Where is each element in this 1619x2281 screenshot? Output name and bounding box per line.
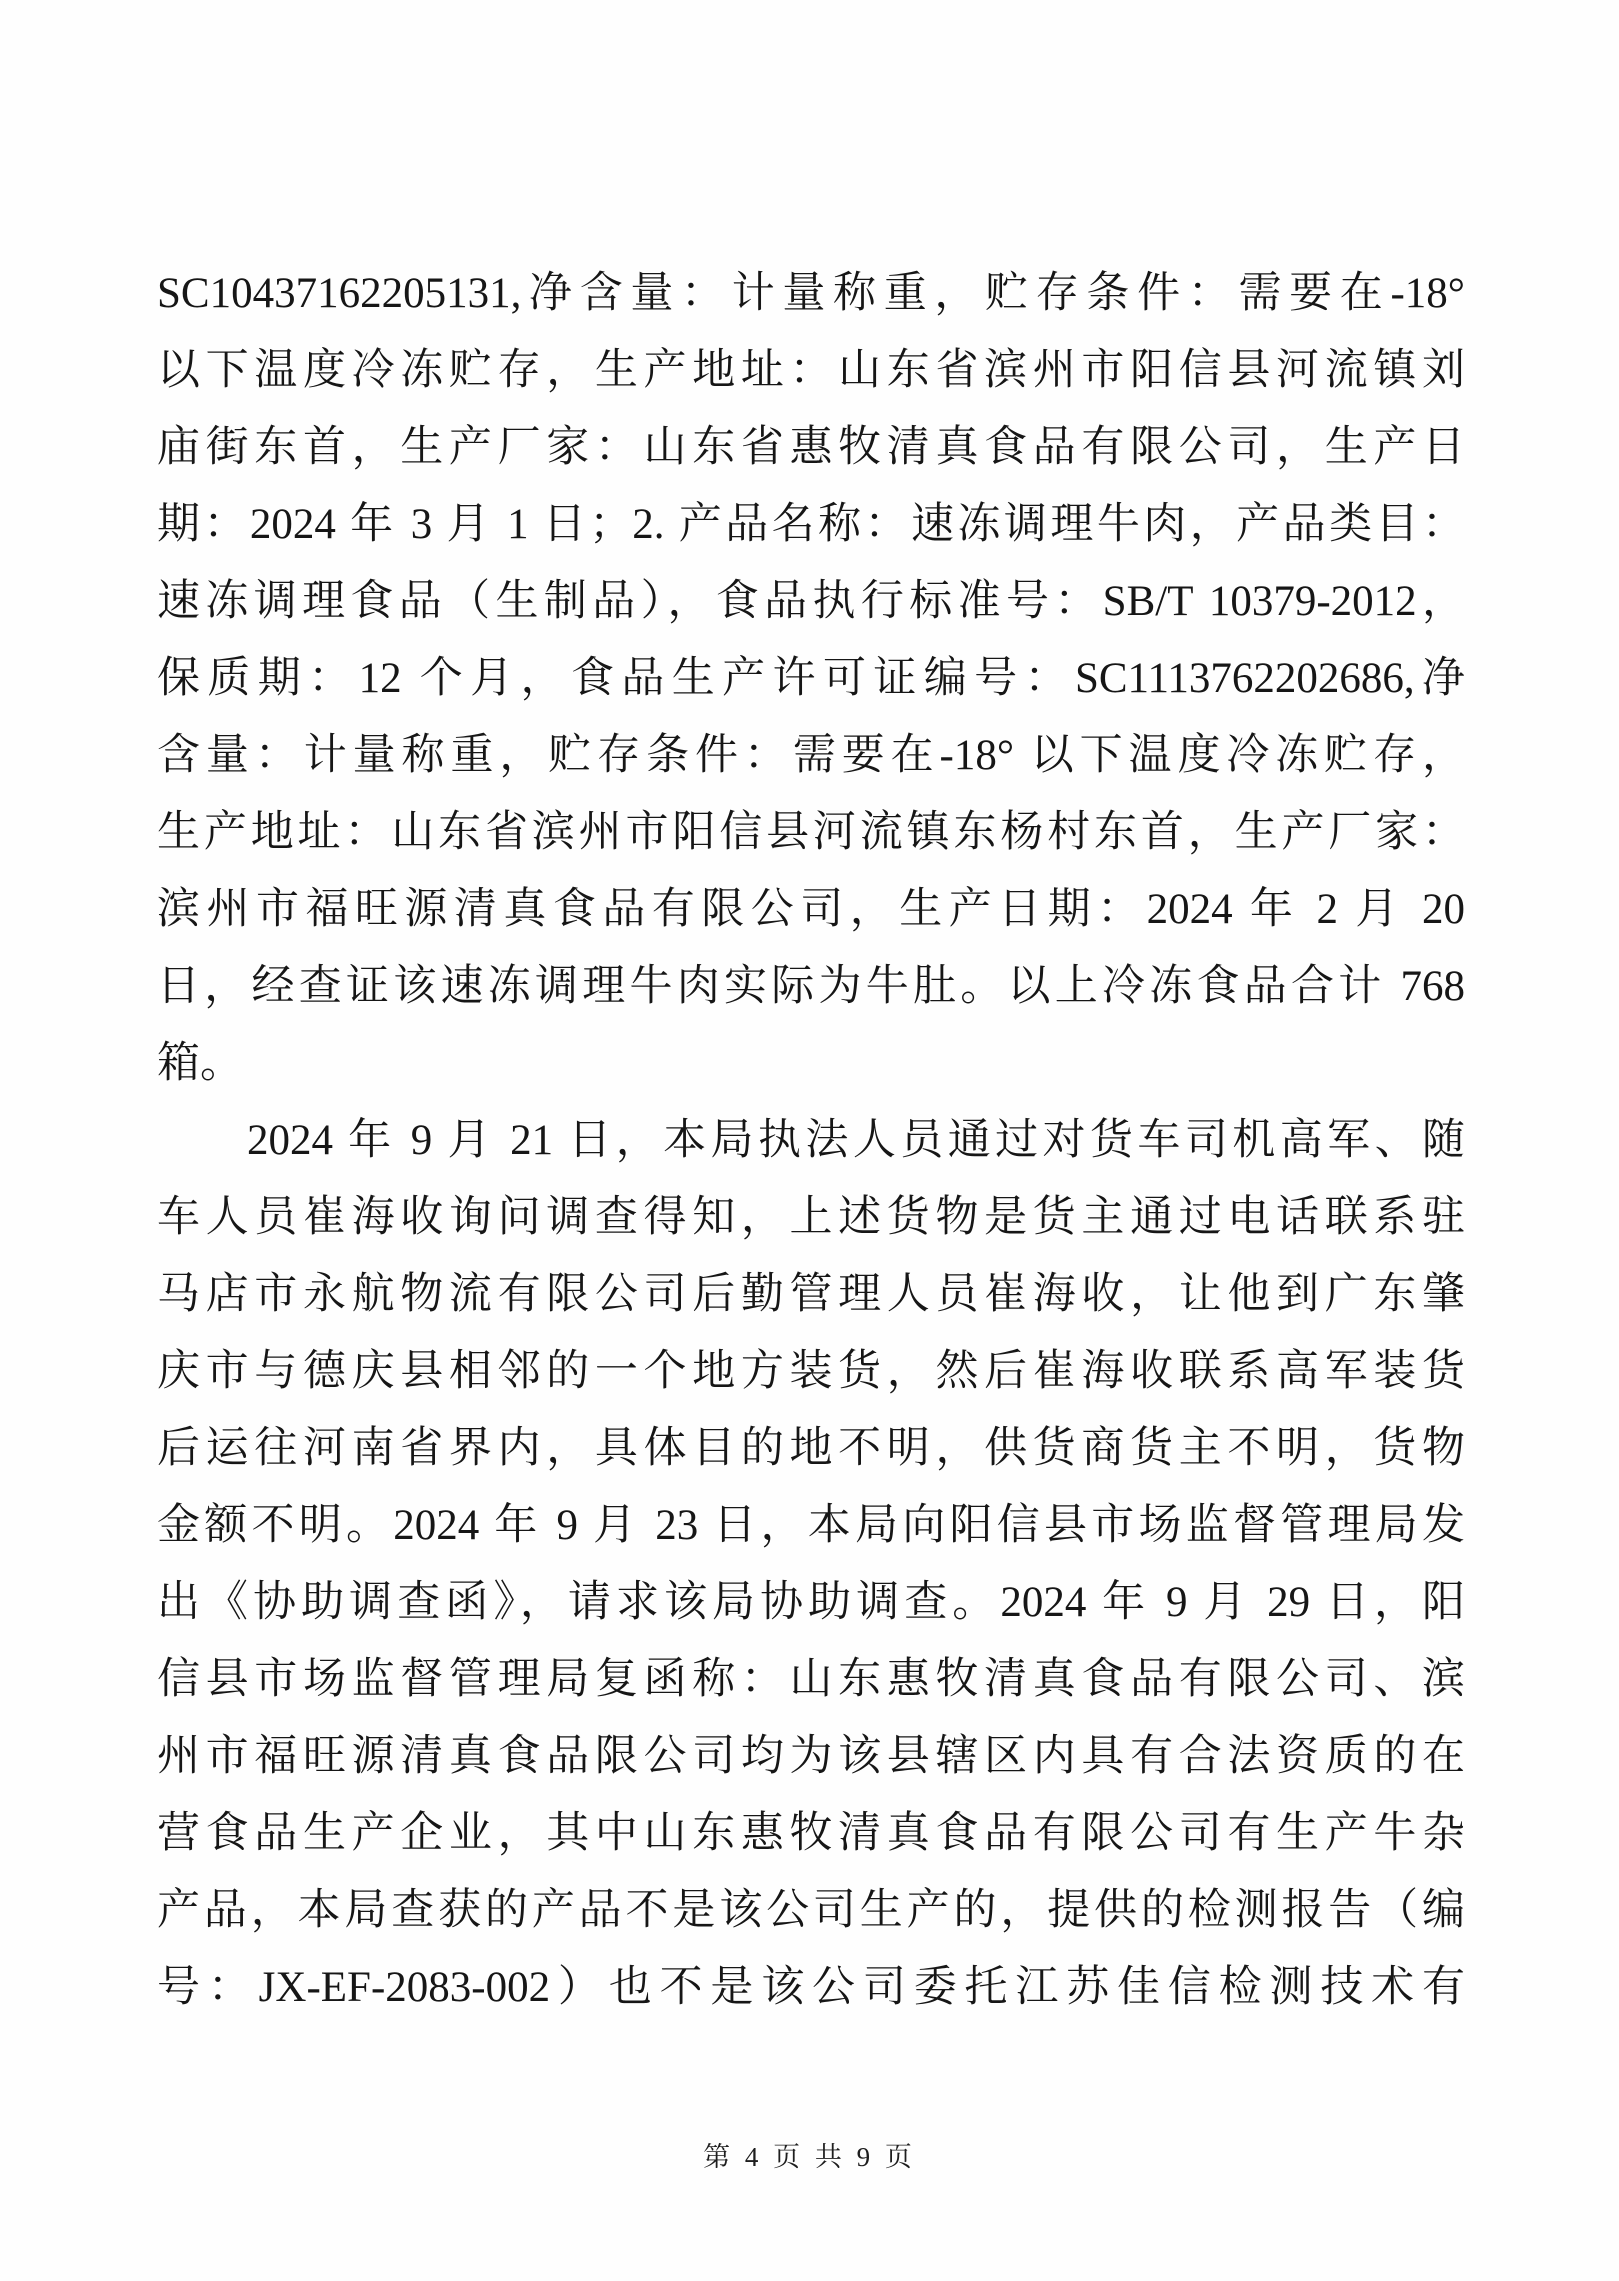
document-line: 含量：计量称重，贮存条件：需要在-18° 以下温度冷冻贮存， — [157, 717, 1465, 794]
document-line: 信县市场监督管理局复函称：山东惠牧清真食品有限公司、滨 — [157, 1641, 1465, 1718]
document-line: 生产地址：山东省滨州市阳信县河流镇东杨村东首，生产厂家： — [157, 794, 1465, 871]
document-line: 营食品生产企业，其中山东惠牧清真食品有限公司有生产牛杂 — [157, 1795, 1465, 1872]
document-line: 以下温度冷冻贮存，生产地址：山东省滨州市阳信县河流镇刘 — [157, 332, 1465, 409]
document-line: 后运往河南省界内，具体目的地不明，供货商货主不明，货物 — [157, 1410, 1465, 1487]
document-line: 速冻调理食品（生制品），食品执行标准号：SB/T 10379-2012， — [157, 563, 1465, 640]
document-line: 号：JX-EF-2083-002）也不是该公司委托江苏佳信检测技术有 — [157, 1949, 1465, 2026]
document-line: 出《协助调查函》，请求该局协助调查。2024 年 9 月 29 日，阳 — [157, 1564, 1465, 1641]
document-line: 州市福旺源清真食品限公司均为该县辖区内具有合法资质的在 — [157, 1718, 1465, 1795]
document-line: 2024 年 9 月 21 日，本局执法人员通过对货车司机高军、随 — [157, 1102, 1465, 1179]
document-line: 产品，本局查获的产品不是该公司生产的，提供的检测报告（编 — [157, 1872, 1465, 1949]
document-line: 保质期：12 个月，食品生产许可证编号：SC1113762202686,净 — [157, 640, 1465, 717]
document-body: SC10437162205131,净含量：计量称重，贮存条件：需要在-18° 以… — [157, 255, 1465, 2026]
document-line: 马店市永航物流有限公司后勤管理人员崔海收，让他到广东肇 — [157, 1256, 1465, 1333]
document-line: SC10437162205131,净含量：计量称重，贮存条件：需要在-18° — [157, 255, 1465, 332]
document-line: 金额不明。2024 年 9 月 23 日，本局向阳信县市场监督管理局发 — [157, 1487, 1465, 1564]
document-line: 期：2024 年 3 月 1 日；2. 产品名称：速冻调理牛肉，产品类目： — [157, 486, 1465, 563]
document-line: 庙街东首，生产厂家：山东省惠牧清真食品有限公司，生产日 — [157, 409, 1465, 486]
document-line: 车人员崔海收询问调查得知，上述货物是货主通过电话联系驻 — [157, 1179, 1465, 1256]
document-line: 日，经查证该速冻调理牛肉实际为牛肚。以上冷冻食品合计 768 — [157, 948, 1465, 1025]
document-page: SC10437162205131,净含量：计量称重，贮存条件：需要在-18° 以… — [0, 0, 1619, 2281]
document-line: 滨州市福旺源清真食品有限公司，生产日期：2024 年 2 月 20 — [157, 871, 1465, 948]
page-footer: 第 4 页 共 9 页 — [0, 2135, 1619, 2174]
document-line: 庆市与德庆县相邻的一个地方装货，然后崔海收联系高军装货 — [157, 1333, 1465, 1410]
document-line: 箱。 — [157, 1025, 1465, 1102]
